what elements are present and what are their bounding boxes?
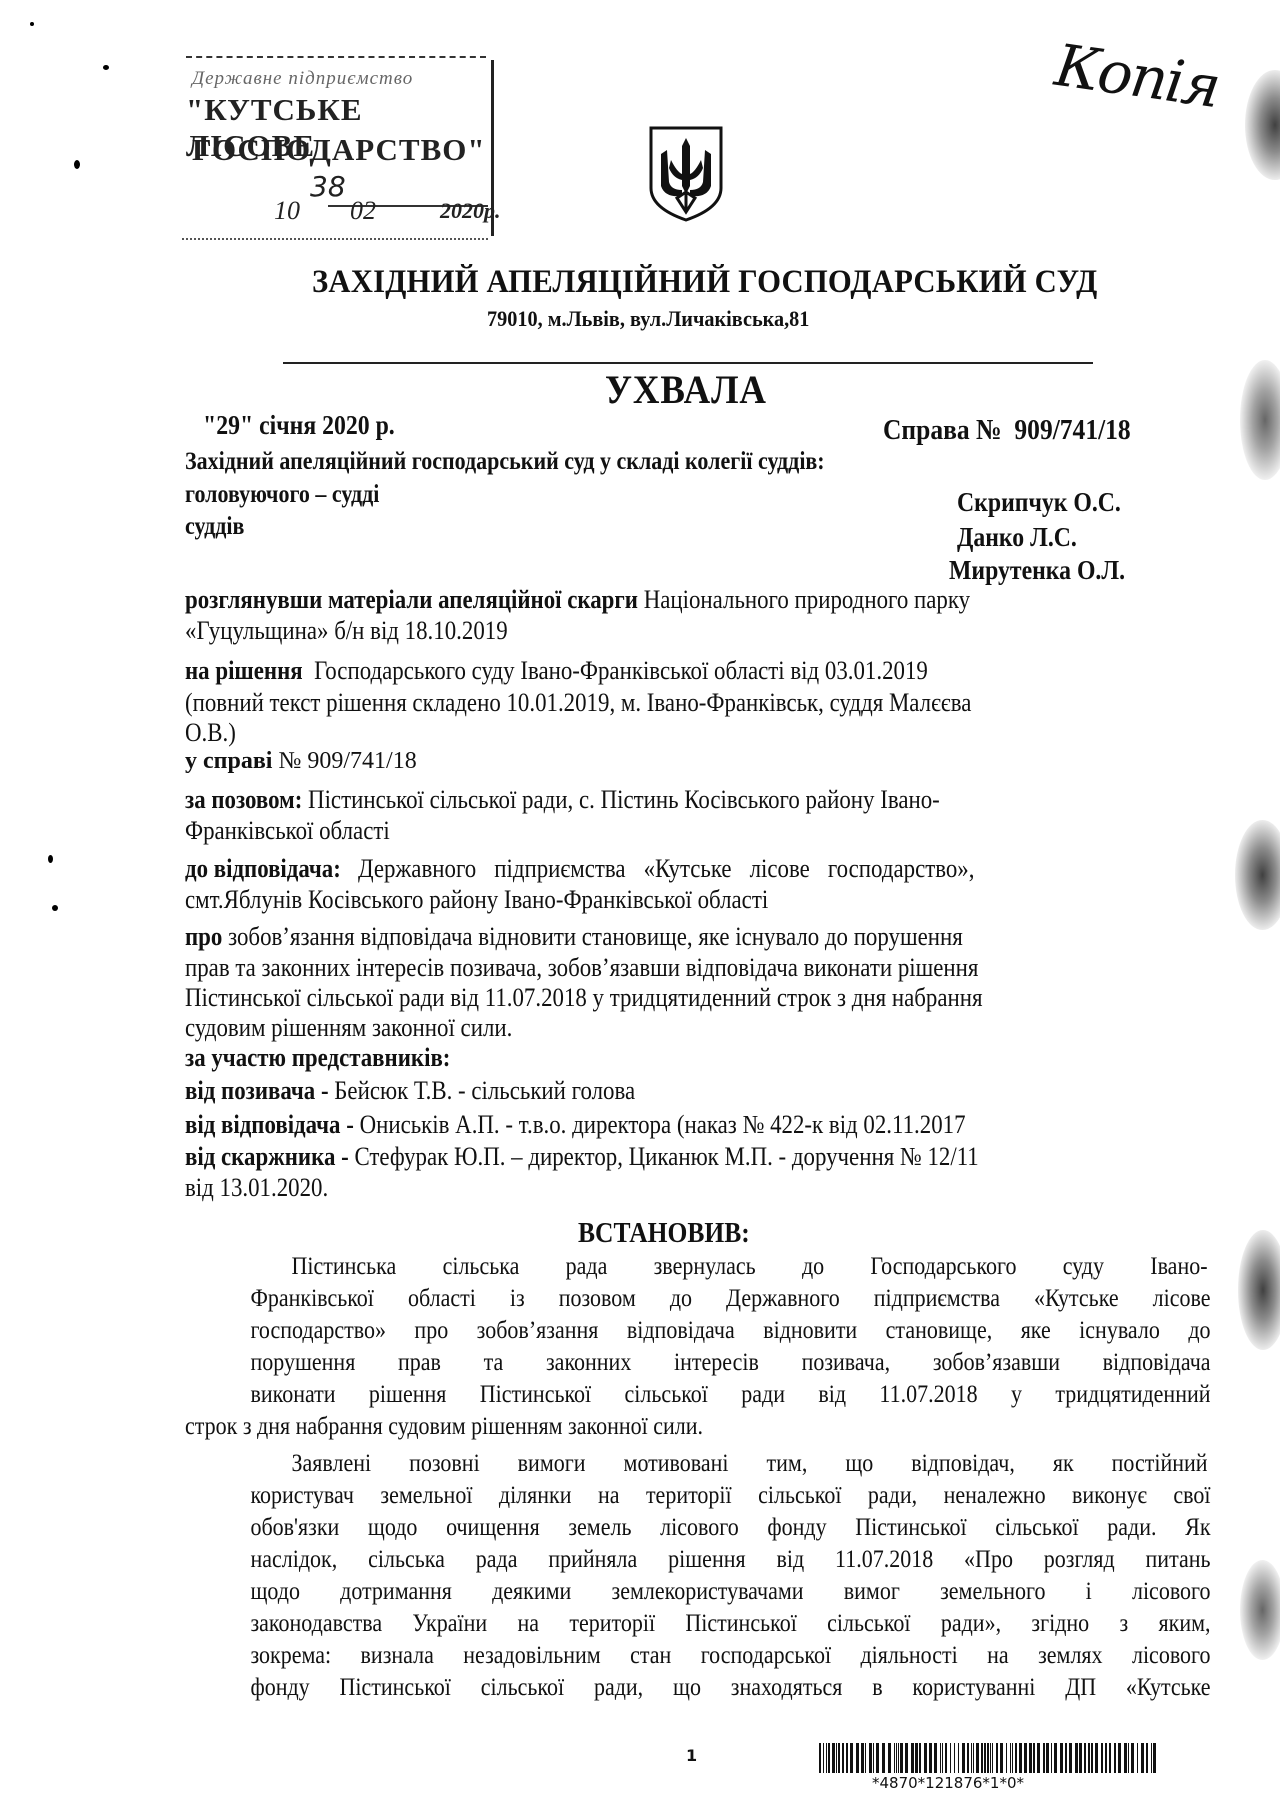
scan-noise [1240, 1560, 1280, 1660]
complainant-rep-line-1: від скаржника - Стефурак Ю.П. – директор… [185, 1142, 979, 1172]
decision-line-2: (повний текст рішення складено 10.01.201… [185, 688, 971, 718]
paragraph-line: Франківської області із позовом до Держа… [250, 1285, 1210, 1313]
page-number: 1 [686, 1746, 697, 1765]
paragraph-line: законодавства України на території Пісти… [250, 1610, 1210, 1638]
judges-label: суддів [185, 513, 244, 541]
paragraph-line: виконати рішення Пістинської сільської р… [250, 1381, 1210, 1409]
court-address: 79010, м.Львів, вул.Личаківська,81 [487, 306, 809, 332]
paragraph-line: строк з дня набрання судовим рішенням за… [185, 1413, 703, 1441]
scan-noise [1235, 820, 1280, 930]
appeal-text: Національного природного парку [644, 585, 970, 614]
defendant-label: до відповідача: [185, 854, 341, 883]
court-name: ЗАХІДНИЙ АПЕЛЯЦІЙНИЙ ГОСПОДАРСЬКИЙ СУД [312, 264, 1097, 301]
subject-line-3: Пістинської сільської ради від 11.07.201… [185, 983, 983, 1013]
complainant-rep-line-2: від 13.01.2020. [185, 1173, 328, 1203]
subject-line-1: про зобов’язання відповідача відновити с… [185, 922, 963, 952]
case-reference: у справі № 909/741/18 [185, 748, 417, 775]
barcode-icon [819, 1743, 1159, 1773]
decision-line-3: О.В.) [185, 718, 236, 748]
scan-noise [1240, 360, 1280, 480]
document-page: Державне підприємство "КУТСЬКЕ ЛІСОВЕ ГО… [0, 0, 1280, 1810]
case-label: Справа № [883, 414, 1002, 446]
judge-1: Данко Л.С. [957, 522, 1077, 553]
appeal-label: розглянувши матеріали апеляційної скарги [185, 585, 638, 614]
defendant-rep: від відповідача - Ониськів А.П. - т.в.о.… [185, 1110, 966, 1140]
paragraph-line: фонду Пістинської сільської ради, що зна… [250, 1674, 1210, 1702]
paragraph-line: щодо дотримання деякими землекористувача… [250, 1578, 1210, 1606]
panel-intro: Західний апеляційний господарський суд у… [185, 448, 825, 476]
appeal-line-2: «Гуцульщина» б/н від 18.10.2019 [185, 616, 508, 646]
subject-line-2: прав та законних інтересів позивача, зоб… [185, 953, 978, 983]
subject-label: про [185, 922, 222, 951]
paragraph-line: господарство» про зобов’язання відповіда… [250, 1317, 1210, 1345]
presiding-label: головуючого – судді [185, 481, 379, 509]
appeal-line-1: розглянувши матеріали апеляційної скарги… [185, 585, 970, 615]
scan-speck [52, 905, 58, 911]
decision-line-1: на рішення Господарського суду Івано-Фра… [185, 656, 928, 686]
document-type: УХВАЛА [605, 366, 767, 413]
case-number: Справа № 909/741/18 [883, 414, 1131, 447]
trident-emblem-icon [647, 124, 725, 222]
representatives-label: за участю представників: [185, 1043, 450, 1073]
stamp-org-type: Державне підприємство [192, 68, 413, 90]
scan-speck [30, 22, 34, 26]
paragraph-line: наслідок, сільська рада прийняла рішення… [250, 1546, 1210, 1574]
decision-label: на рішення [185, 656, 303, 685]
stamp-date-month: 02 [350, 196, 376, 226]
stamp-incoming-number: 38 [310, 170, 346, 203]
scan-speck [74, 160, 80, 169]
plaintiff-rep: від позивача - Бейсюк Т.В. - сільський г… [185, 1076, 635, 1106]
scan-speck [103, 65, 109, 70]
header-divider [283, 362, 1093, 364]
scan-noise [1238, 1230, 1280, 1350]
barcode-text: *4870*121876*1*0* [872, 1774, 1024, 1792]
claim-line-2: Франківської області [185, 816, 390, 846]
judge-2: Мирутенка О.Л. [949, 555, 1125, 586]
registration-stamp: Державне підприємство "КУТСЬКЕ ЛІСОВЕ ГО… [178, 48, 494, 238]
stamp-date-day: 10 [274, 196, 300, 226]
paragraph-line: Заявлені позовні вимоги мотивовані тим, … [291, 1450, 1207, 1478]
stamp-org-name-2: ГОСПОДАРСТВО" [192, 132, 486, 168]
stamp-date-year: 2020р. [440, 198, 501, 224]
handwritten-copy-mark: Копія [1051, 31, 1223, 121]
defendant-line-1: до відповідача: Державного підприємства … [185, 854, 974, 884]
paragraph-line: обов'язки щодо очищення земель лісового … [250, 1514, 1210, 1542]
paragraph-line: порушення прав та законних інтересів поз… [250, 1349, 1210, 1377]
scan-speck [48, 855, 53, 863]
established-heading: ВСТАНОВИВ: [578, 1217, 750, 1250]
case-ref-label: у справі [185, 748, 272, 774]
paragraph-line: зокрема: визнала незадовільним стан госп… [250, 1642, 1210, 1670]
presiding-judge: Скрипчук О.С. [957, 487, 1121, 518]
scan-noise [1245, 70, 1280, 180]
subject-line-4: судовим рішенням законної сили. [185, 1013, 512, 1043]
paragraph-line: користувач земельної ділянки на територі… [250, 1482, 1210, 1510]
claim-line-1: за позовом: Пістинської сільської ради, … [185, 785, 940, 815]
paragraph-line: Пістинська сільська рада звернулась до Г… [291, 1253, 1207, 1281]
document-date: "29" січня 2020 р. [203, 410, 395, 441]
claim-label: за позовом: [185, 785, 302, 814]
defendant-line-2: смт.Яблунів Косівського району Івано-Фра… [185, 885, 768, 915]
case-number-value: 909/741/18 [1014, 414, 1130, 446]
